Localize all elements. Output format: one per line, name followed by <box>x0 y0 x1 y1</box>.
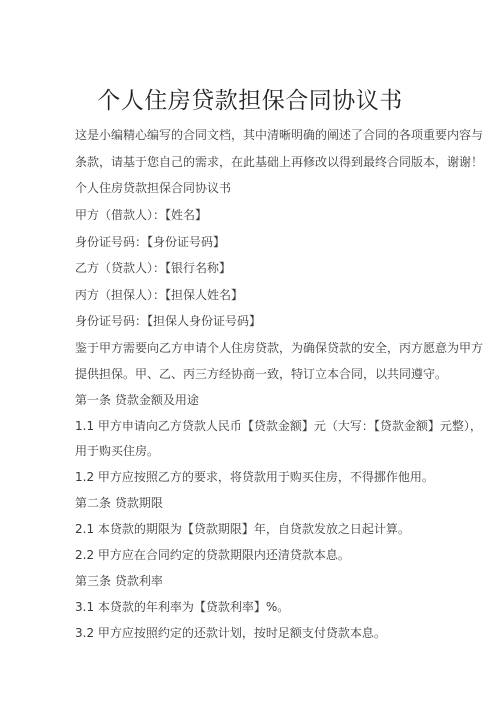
clause-1-1-line-1: 1.1 甲方申请向乙方贷款人民币【贷款金额】元（大写：【贷款金额】元整）， <box>75 418 425 434</box>
party-a: 甲方（借款人）：【姓名】 <box>75 207 425 223</box>
intro-line-1: 这是小编精心编写的合同文档，其中清晰明确的阐述了合同的各项重要内容与 <box>75 127 425 143</box>
party-a-id: 身份证号码：【身份证号码】 <box>75 234 425 250</box>
clause-2-1: 2.1 本贷款的期限为【贷款期限】年，自贷款发放之日起计算。 <box>75 521 425 537</box>
document-page: 个人住房贷款担保合同协议书 这是小编精心编写的合同文档，其中清晰明确的阐述了合同… <box>0 0 500 707</box>
clause-1-2: 1.2 甲方应按照乙方的要求，将贷款用于购买住房，不得挪作他用。 <box>75 469 425 485</box>
clause-3-1: 3.1 本贷款的年利率为【贷款利率】%。 <box>75 599 425 615</box>
clause-3-2: 3.2 甲方应按照约定的还款计划，按时足额支付贷款本息。 <box>75 625 425 641</box>
preamble-line-1: 鉴于甲方需要向乙方申请个人住房贷款，为确保贷款的安全，丙方愿意为甲方 <box>75 340 425 356</box>
clause-2-2: 2.2 甲方应在合同约定的贷款期限内还清贷款本息。 <box>75 547 425 563</box>
intro-line-2: 条款，请基于您自己的需求，在此基础上再修改以得到最终合同版本，谢谢！ <box>75 154 425 170</box>
subtitle: 个人住房贷款担保合同协议书 <box>75 180 425 196</box>
article-2-heading: 第二条 贷款期限 <box>75 495 425 511</box>
party-c: 丙方（担保人）：【担保人姓名】 <box>75 287 425 303</box>
clause-1-1-line-2: 用于购买住房。 <box>75 443 425 459</box>
article-1-heading: 第一条 贷款金额及用途 <box>75 392 425 408</box>
party-b: 乙方（贷款人）：【银行名称】 <box>75 260 425 276</box>
document-title: 个人住房贷款担保合同协议书 <box>0 82 500 115</box>
party-c-id: 身份证号码：【担保人身份证号码】 <box>75 313 425 329</box>
article-3-heading: 第三条 贷款利率 <box>75 573 425 589</box>
preamble-line-2: 提供担保。甲、乙、丙三方经协商一致，特订立本合同，以共同遵守。 <box>75 366 425 382</box>
